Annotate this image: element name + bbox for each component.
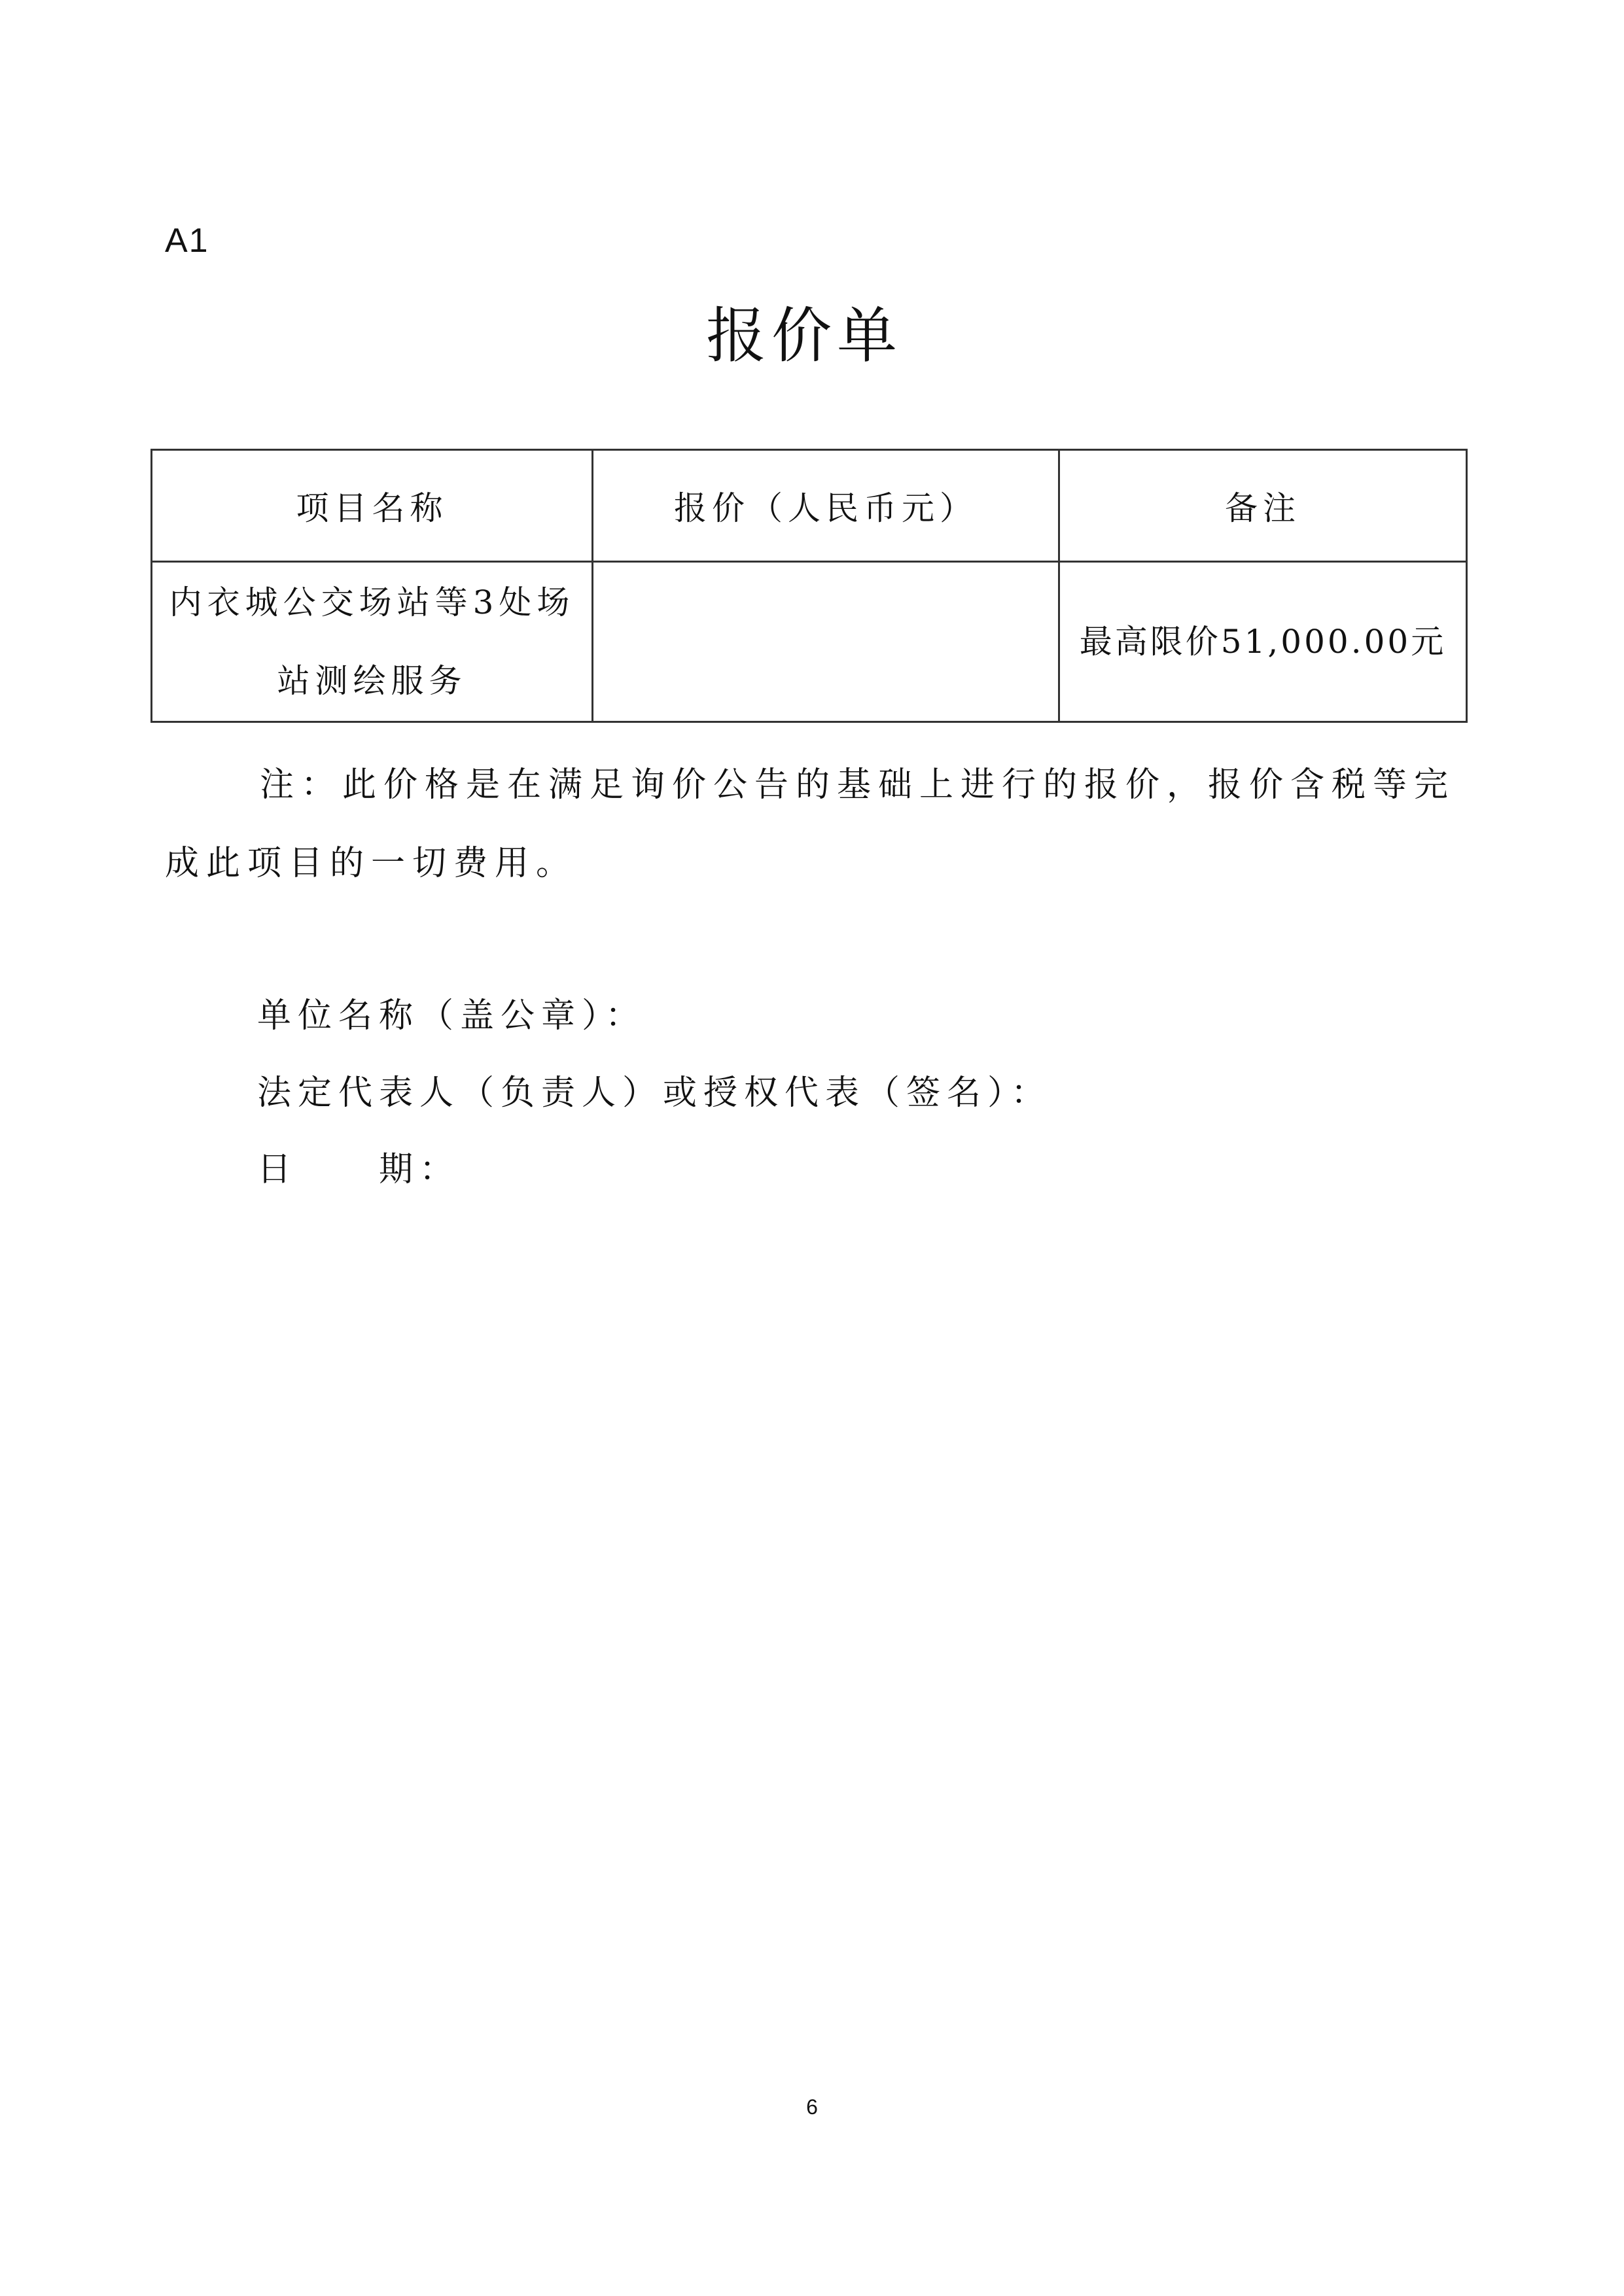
page-title-text: 报价单: [706, 301, 902, 371]
document-label: A1: [165, 221, 209, 260]
table-row: 内衣城公交场站等3处场站测绘服务 最高限价51,000.00元: [152, 562, 1467, 722]
quote-table: 项目名称 报价（人民币元） 备注 内衣城公交场站等3处场站测绘服务 最高限价51…: [150, 449, 1468, 723]
cell-quote[interactable]: [593, 562, 1059, 722]
page-title: 报价单: [0, 288, 1624, 374]
header-quote: 报价（人民币元）: [593, 450, 1059, 562]
header-project-name: 项目名称: [152, 450, 593, 562]
table-header-row: 项目名称 报价（人民币元） 备注: [152, 450, 1467, 562]
date-line: 日 期：: [257, 1141, 460, 1191]
project-name-text: 内衣城公交场站等3处场站测绘服务: [169, 583, 575, 700]
unit-name-line: 单位名称（盖公章）：: [257, 988, 646, 1037]
cell-remark: 最高限价51,000.00元: [1059, 562, 1467, 722]
page-number: 6: [0, 2095, 1624, 2119]
note-paragraph: 注：此价格是在满足询价公告的基础上进行的报价，报价含税等完成此项目的一切费用。: [165, 746, 1467, 903]
header-remark: 备注: [1059, 450, 1467, 562]
representative-line: 法定代表人（负责人）或授权代表（签名）：: [257, 1065, 1051, 1114]
cell-project-name: 内衣城公交场站等3处场站测绘服务: [152, 562, 593, 722]
